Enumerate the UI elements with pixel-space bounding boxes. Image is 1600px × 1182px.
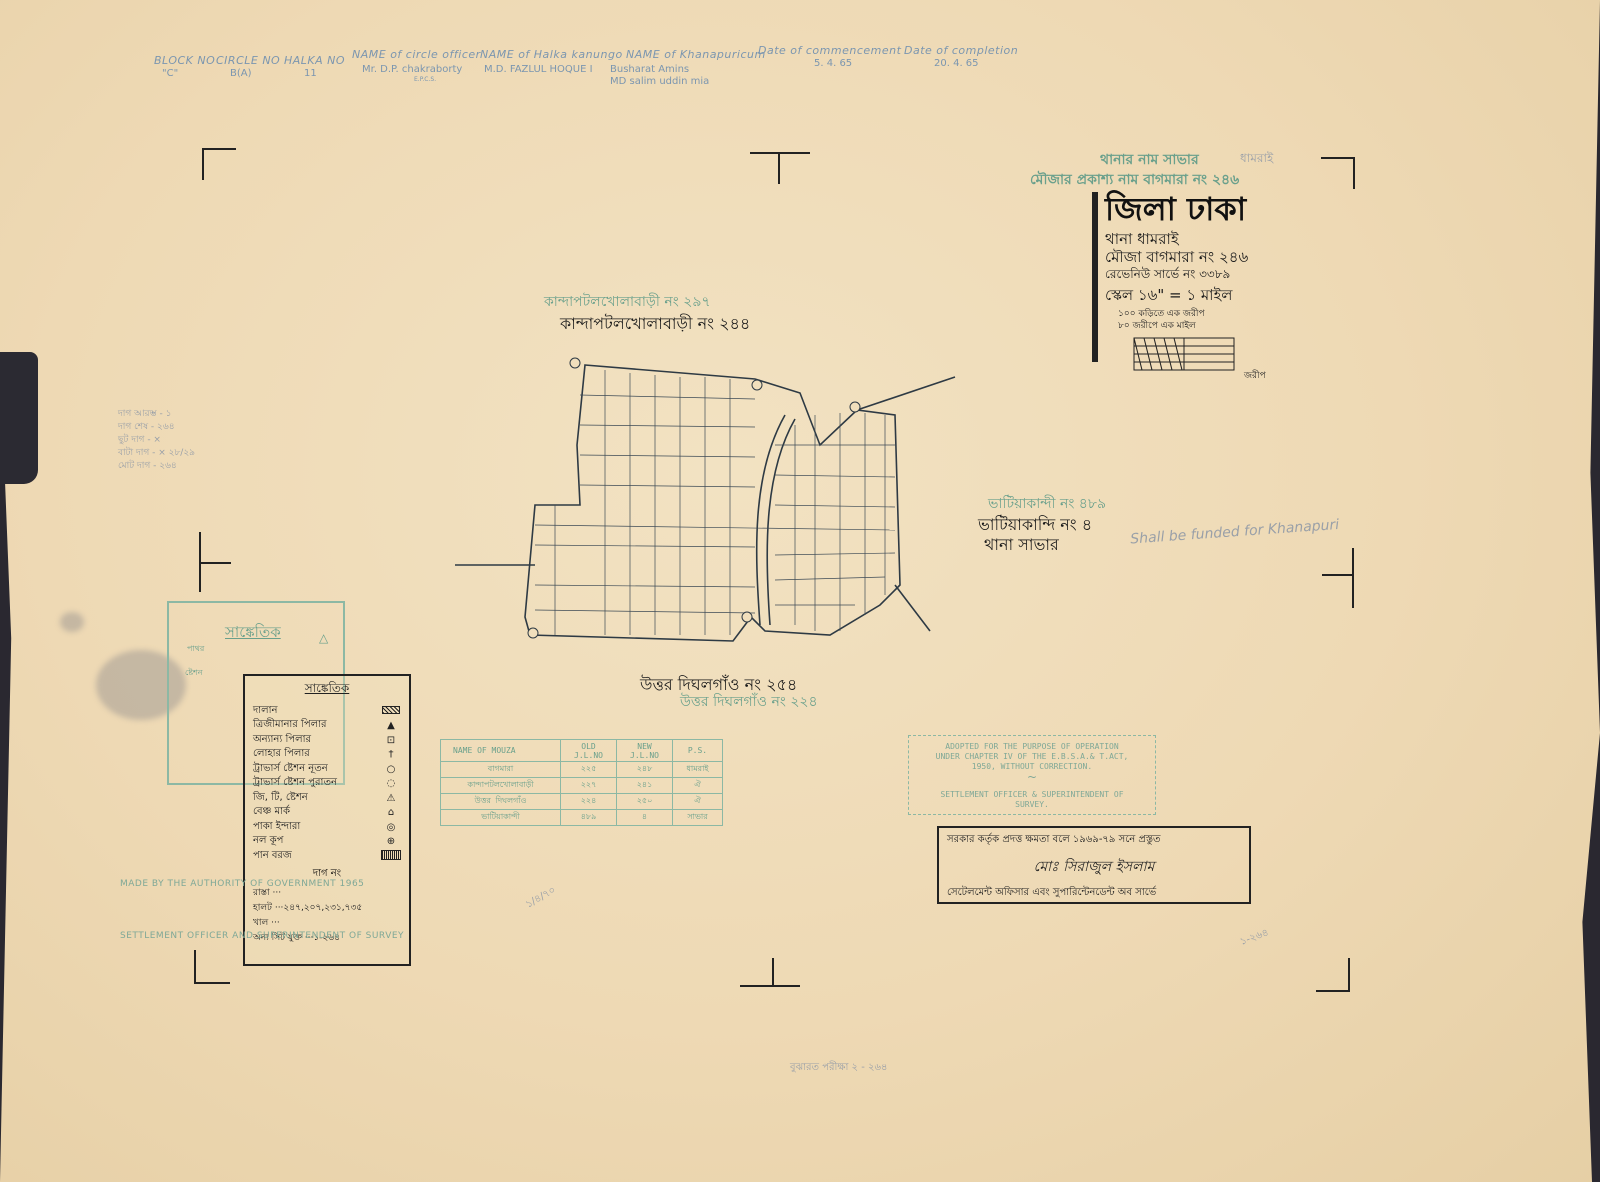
halka-no-value: 11 — [304, 68, 317, 79]
note-line: দাগ শেষ - ২৬৪ — [118, 421, 195, 434]
note-line: বাটা দাগ - × ২৮/২৯ — [118, 447, 195, 460]
stamp-line: UNDER CHAPTER IV OF THE E.B.S.A.& T.ACT, — [909, 752, 1155, 762]
block-no-value: "C" — [162, 68, 178, 79]
pucca-well-icon: ◎ — [381, 822, 401, 833]
betel-garden-icon — [381, 850, 401, 863]
corner-mark — [1316, 958, 1350, 992]
right-mid-mark — [1352, 548, 1354, 608]
south-neighbor-green: উত্তর দিঘলগাঁও নং ২২৪ — [680, 690, 818, 714]
legend-extra: খাল ··· — [253, 915, 401, 930]
east-neighbor-thana: থানা সাভার — [984, 532, 1059, 559]
column-header: NEW J.L.NO — [617, 740, 673, 762]
stamp-line: ADOPTED FOR THE PURPOSE OF OPERATION — [909, 742, 1155, 752]
commencement-value: 5. 4. 65 — [814, 58, 852, 69]
legend-extra-label: হালট — [253, 903, 272, 913]
khanapuricum-value: Busharat Amins — [610, 64, 689, 75]
legend-title: সাঙ্কেতিক — [253, 680, 401, 700]
cell: ৪৮৯ — [561, 810, 617, 826]
circle-officer-sub: E.P.C.S. — [414, 76, 436, 83]
pencil-plot-summary: দাগ আরম্ভ - ১ দাগ শেষ - ২৬৪ ছুট দাগ - × … — [118, 408, 195, 473]
cell: ধামরাই — [673, 762, 723, 778]
certificate-line: সেটেলমেন্ট অফিসার এবং সুপারিন্টেনডেন্ট অ… — [947, 885, 1241, 902]
stamp-line: SURVEY. — [909, 800, 1155, 810]
certificate-line: সরকার কর্তৃক প্রদত্ত ক্ষমতা বলে ১৯৬৯-৭৯ … — [947, 832, 1241, 849]
authority-line-1: MADE BY THE AUTHORITY OF GOVERNMENT 1965 — [120, 879, 364, 889]
cell: সাভার — [673, 810, 723, 826]
cell: কান্দাপটলখোলাবাড়ী — [441, 778, 561, 794]
cell: ২২৭ — [561, 778, 617, 794]
column-header: NAME OF MOUZA — [441, 740, 561, 762]
header-strip: BLOCK NO "C" CIRCLE NO B(A) HALKA NO 11 … — [154, 48, 1054, 88]
legend-label: পান বরজ — [253, 848, 292, 865]
top-center-mark — [750, 152, 810, 154]
completion-label: Date of completion — [904, 44, 1018, 57]
right-mid-mark-arm — [1322, 574, 1354, 576]
column-header: OLD J.L.NO — [561, 740, 617, 762]
cell: ২২৫ — [561, 762, 617, 778]
cell: ২৫০ — [617, 794, 673, 810]
corner-mark — [194, 950, 230, 984]
commencement-label: Date of commencement — [758, 44, 901, 57]
column-header: P.S. — [673, 740, 723, 762]
circle-no-label: CIRCLE NO — [216, 54, 280, 67]
legend-extra-value: ··· — [271, 918, 280, 928]
bottom-center-mark — [740, 985, 800, 987]
cell: ২২৪ — [561, 794, 617, 810]
table-row: ভাটিয়াকান্দী৪৮৯৪সাভার — [441, 810, 723, 826]
legend-extra-label: খাল — [253, 918, 268, 928]
scale-note-2: ৮০ জরীপে এক মাইল — [1118, 318, 1196, 333]
stamp-line: SETTLEMENT OFFICER & SUPERINTENDENT OF — [909, 790, 1155, 800]
triangle-icon: △ — [319, 631, 328, 645]
cell: উত্তর দিঘলগাঁও — [441, 794, 561, 810]
cell: ঐ — [673, 794, 723, 810]
building-hatch-icon — [381, 706, 401, 717]
left-mid-mark-arm — [199, 562, 231, 564]
stamp-signature: ~ — [909, 772, 1155, 790]
approval-stamp: ADOPTED FOR THE PURPOSE OF OPERATION UND… — [908, 735, 1156, 815]
other-pillar-icon: ⊡ — [381, 735, 401, 746]
legend-item: পান বরজ — [253, 849, 401, 864]
note-line: দাগ আরম্ভ - ১ — [118, 408, 195, 421]
cadastral-map[interactable] — [455, 355, 975, 655]
scale-bar-unit: জরীপ — [1244, 368, 1266, 383]
thana-name-pencil: ধামরাই — [1240, 150, 1273, 170]
traverse-station-old-icon: ◌ — [381, 778, 401, 789]
north-neighbor-label: কান্দাপটলখোলাবাড়ী নং ২৪৪ — [560, 311, 750, 338]
authority-line-2: SETTLEMENT OFFICER AND SUPERINTENDENT OF… — [120, 931, 404, 941]
note-line: মোট দাগ - ২৬৪ — [118, 460, 195, 473]
khanapuricum-label: NAME of Khanapuricum — [626, 48, 766, 61]
cell: ২৪১ — [617, 778, 673, 794]
tubewell-icon: ⊕ — [381, 836, 401, 847]
legend-box: সাঙ্কেতিক দালান ত্রিজীমানার পিলার▲ অন্যা… — [243, 674, 411, 966]
title-block: থানার নাম সাভার ধামরাই মৌজার প্রকাশ্য না… — [1100, 148, 1400, 408]
stain — [60, 612, 84, 632]
traverse-station-new-icon: ○ — [381, 764, 401, 775]
top-center-mark-stem — [778, 152, 780, 184]
legend-green-row: পাথর — [187, 643, 204, 656]
completion-value: 20. 4. 65 — [934, 58, 979, 69]
mouza-table: NAME OF MOUZA OLD J.L.NO NEW J.L.NO P.S.… — [440, 739, 723, 826]
iron-pillar-icon: † — [381, 749, 401, 760]
revenue-survey-label: রেভেনিউ সার্ভে নং ৩৩৮৯ — [1105, 266, 1230, 286]
trijunction-pillar-icon: ▲ — [381, 720, 401, 731]
scale-bar-icon — [1128, 336, 1246, 376]
table-row: কান্দাপটলখোলাবাড়ী২২৭২৪১ঐ — [441, 778, 723, 794]
cell: বাগমারা — [441, 762, 561, 778]
table-row: উত্তর দিঘলগাঁও২২৪২৫০ঐ — [441, 794, 723, 810]
note-line: ছুট দাগ - × — [118, 434, 195, 447]
corner-mark — [202, 148, 236, 180]
bench-mark-icon: ⌂ — [381, 807, 401, 818]
table-header-row: NAME OF MOUZA OLD J.L.NO NEW J.L.NO P.S. — [441, 740, 723, 762]
legend-extra-value: ···২৪৭,২০৭,২৩১,৭৩৫ — [275, 903, 362, 913]
legend-green-row: ষ্টেশন — [185, 667, 203, 680]
circle-officer-value: Mr. D.P. chakraborty — [362, 64, 462, 75]
legend-extra: হালট ···২৪৭,২০৭,২৩১,৭৩৫ — [253, 900, 401, 915]
cell: ২৪৮ — [617, 762, 673, 778]
preparation-certificate: সরকার কর্তৃক প্রদত্ত ক্ষমতা বলে ১৯৬৯-৭৯ … — [937, 826, 1251, 904]
table-row: বাগমারা২২৫২৪৮ধামরাই — [441, 762, 723, 778]
circle-no-value: B(A) — [230, 68, 252, 79]
cell: ভাটিয়াকান্দী — [441, 810, 561, 826]
legend-green-title: সাঙ্কেতিক — [225, 621, 281, 646]
legend-extra-value: ··· — [273, 888, 282, 898]
title-bracket — [1092, 192, 1098, 362]
khanapuricum-value2: MD salim uddin mia — [610, 76, 709, 87]
certificate-signature: মোঃ সিরাজুল ইসলাম — [947, 855, 1241, 879]
block-no-label: BLOCK NO — [154, 54, 215, 67]
cell: ঐ — [673, 778, 723, 794]
bottom-center-mark-stem — [772, 958, 774, 986]
cell: ৪ — [617, 810, 673, 826]
circle-officer-label: NAME of circle officer — [352, 48, 481, 61]
halka-kanungo-value: M.D. FAZLUL HOQUE I — [484, 64, 593, 75]
legend-extra-label: রাস্তা — [253, 888, 270, 898]
halka-kanungo-label: NAME of Halka kanungo — [480, 48, 623, 61]
gt-station-icon: ⚠ — [381, 793, 401, 804]
halka-no-label: HALKA NO — [284, 54, 345, 67]
pencil-annotation: বুঝারত পরীক্ষা ২ - ২৬৪ — [790, 1060, 888, 1077]
torn-edge — [0, 352, 38, 484]
